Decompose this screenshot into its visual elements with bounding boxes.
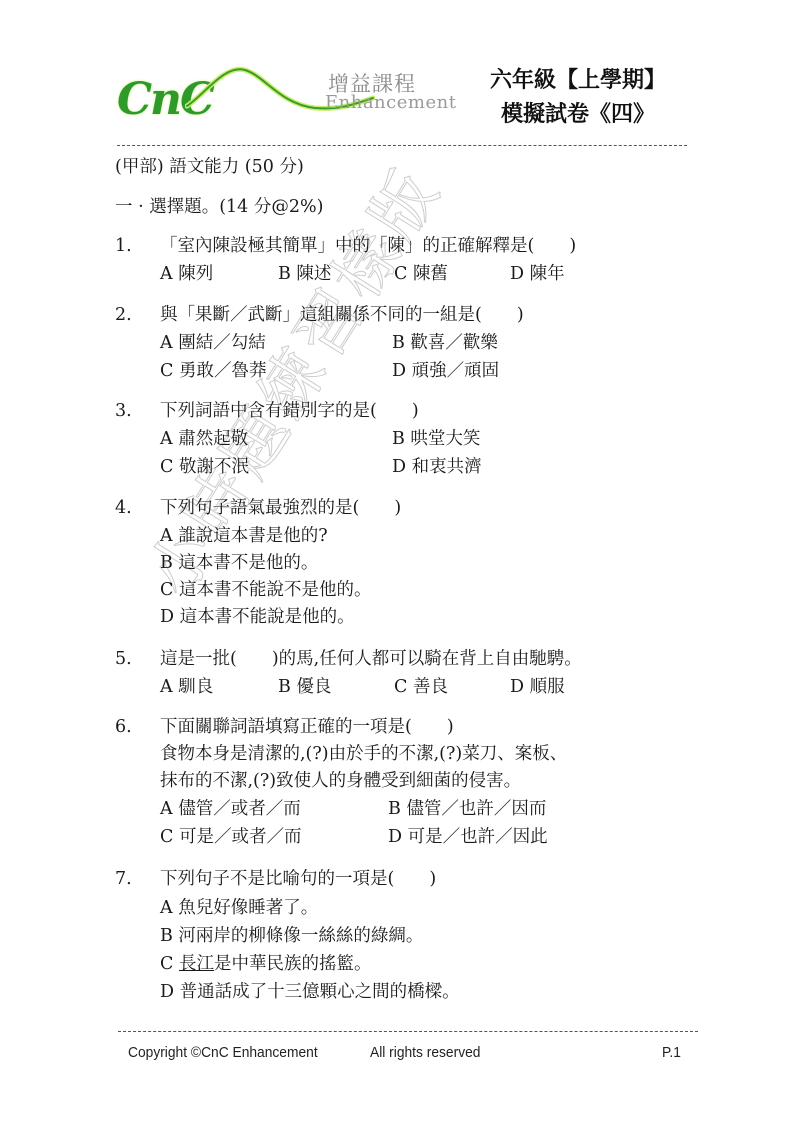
option-a: A 儘管／或者／而 [160, 798, 301, 820]
question-number: 5. [115, 648, 132, 670]
question-stem: 「室內陳設極其簡單」中的「陳」的正確解釋是( ) [160, 235, 576, 257]
option-text: 魚兒好像睡著了。 [178, 898, 318, 918]
option-b: B 優良 [278, 676, 331, 698]
question-stem: 下列詞語中含有錯別字的是( ) [160, 400, 419, 422]
option-a: A 誰說這本書是他的? [160, 525, 328, 547]
option-letter: C [160, 954, 173, 974]
option-text: 是中華民族的搖籃。 [214, 954, 372, 974]
rights-text: All rights reserved [370, 1044, 480, 1061]
footer-divider [118, 1031, 698, 1032]
option-c: C 敬謝不泯 [160, 456, 249, 478]
option-a: A 團結／勾結 [160, 332, 266, 354]
question-number: 7. [115, 868, 132, 890]
question-stem: 與「果斷／武斷」這組關係不同的一組是( ) [160, 304, 524, 326]
option-d: D 可是／也許／因此 [388, 826, 548, 848]
option-b: B 歡喜／歡樂 [392, 332, 498, 354]
option-letter: A [160, 898, 173, 918]
option-c: C 這本書不能說不是他的。 [160, 579, 371, 601]
exam-title: 六年級【上學期】 模擬試卷《四》 [478, 64, 678, 132]
option-b: B 儘管／也許／因而 [388, 798, 546, 820]
option-b: B 這本書不是他的。 [160, 552, 318, 574]
question-stem: 下面關聯詞語填寫正確的一項是( ) [160, 716, 454, 738]
question-number: 4. [115, 497, 132, 519]
option-d: D 陳年 [510, 263, 565, 285]
question-stem: 下列句子不是比喻句的一項是( ) [160, 868, 436, 890]
question-stem: 下列句子語氣最強烈的是( ) [160, 497, 401, 519]
option-a: A 魚兒好像睡著了。 [160, 897, 318, 919]
option-a: A 肅然起敬 [160, 428, 248, 450]
header-divider [117, 145, 687, 146]
copyright-text: Copyright ©CnC Enhancement [128, 1044, 318, 1061]
option-c: C 可是／或者／而 [160, 826, 301, 848]
proper-noun-underlined: 長江 [179, 954, 214, 974]
question-number: 2. [115, 304, 132, 326]
question-passage-line: 抹布的不潔,(?)致使人的身體受到細菌的侵害。 [160, 770, 521, 792]
question-number: 1. [115, 235, 132, 257]
option-c: C 勇敢／魯莽 [160, 360, 266, 382]
option-d: D 普通話成了十三億顆心之間的橋樑。 [160, 981, 460, 1003]
exam-page: CnC 增益課程 Enhancement 六年級【上學期】 模擬試卷《四》 小時… [0, 0, 800, 1131]
option-b: B 河兩岸的柳條像一絲絲的綠綢。 [160, 925, 423, 947]
option-b: B 哄堂大笑 [392, 428, 480, 450]
option-c: C 長江是中華民族的搖籃。 [160, 953, 371, 975]
question-passage-line: 食物本身是清潔的,(?)由於手的不潔,(?)菜刀、案板、 [160, 743, 567, 765]
page-number: P.1 [662, 1044, 681, 1061]
question-number: 6. [115, 716, 132, 738]
grade-term: 六年級【上學期】 [478, 64, 678, 98]
option-d: D 這本書不能說是他的。 [160, 606, 355, 628]
option-a: A 陳列 [160, 263, 213, 285]
option-a: A 馴良 [160, 676, 213, 698]
question-stem: 這是一批( )的馬,任何人都可以騎在背上自由馳騁。 [160, 648, 582, 670]
option-c: C 善良 [394, 676, 448, 698]
cnc-logo: CnC 增益課程 Enhancement [115, 62, 475, 142]
option-b: B 陳述 [278, 263, 331, 285]
section-heading: (甲部) 語文能力 (50 分) [115, 156, 304, 178]
paper-name: 模擬試卷《四》 [478, 98, 678, 132]
option-d: D 和衷共濟 [392, 456, 482, 478]
logo-english-text: Enhancement [325, 92, 456, 113]
option-c: C 陳舊 [394, 263, 448, 285]
option-d: D 順服 [510, 676, 565, 698]
option-d: D 頑強／頑固 [392, 360, 499, 382]
subsection-heading: 一 · 選擇題。(14 分@2%) [115, 196, 323, 218]
question-number: 3. [115, 400, 132, 422]
